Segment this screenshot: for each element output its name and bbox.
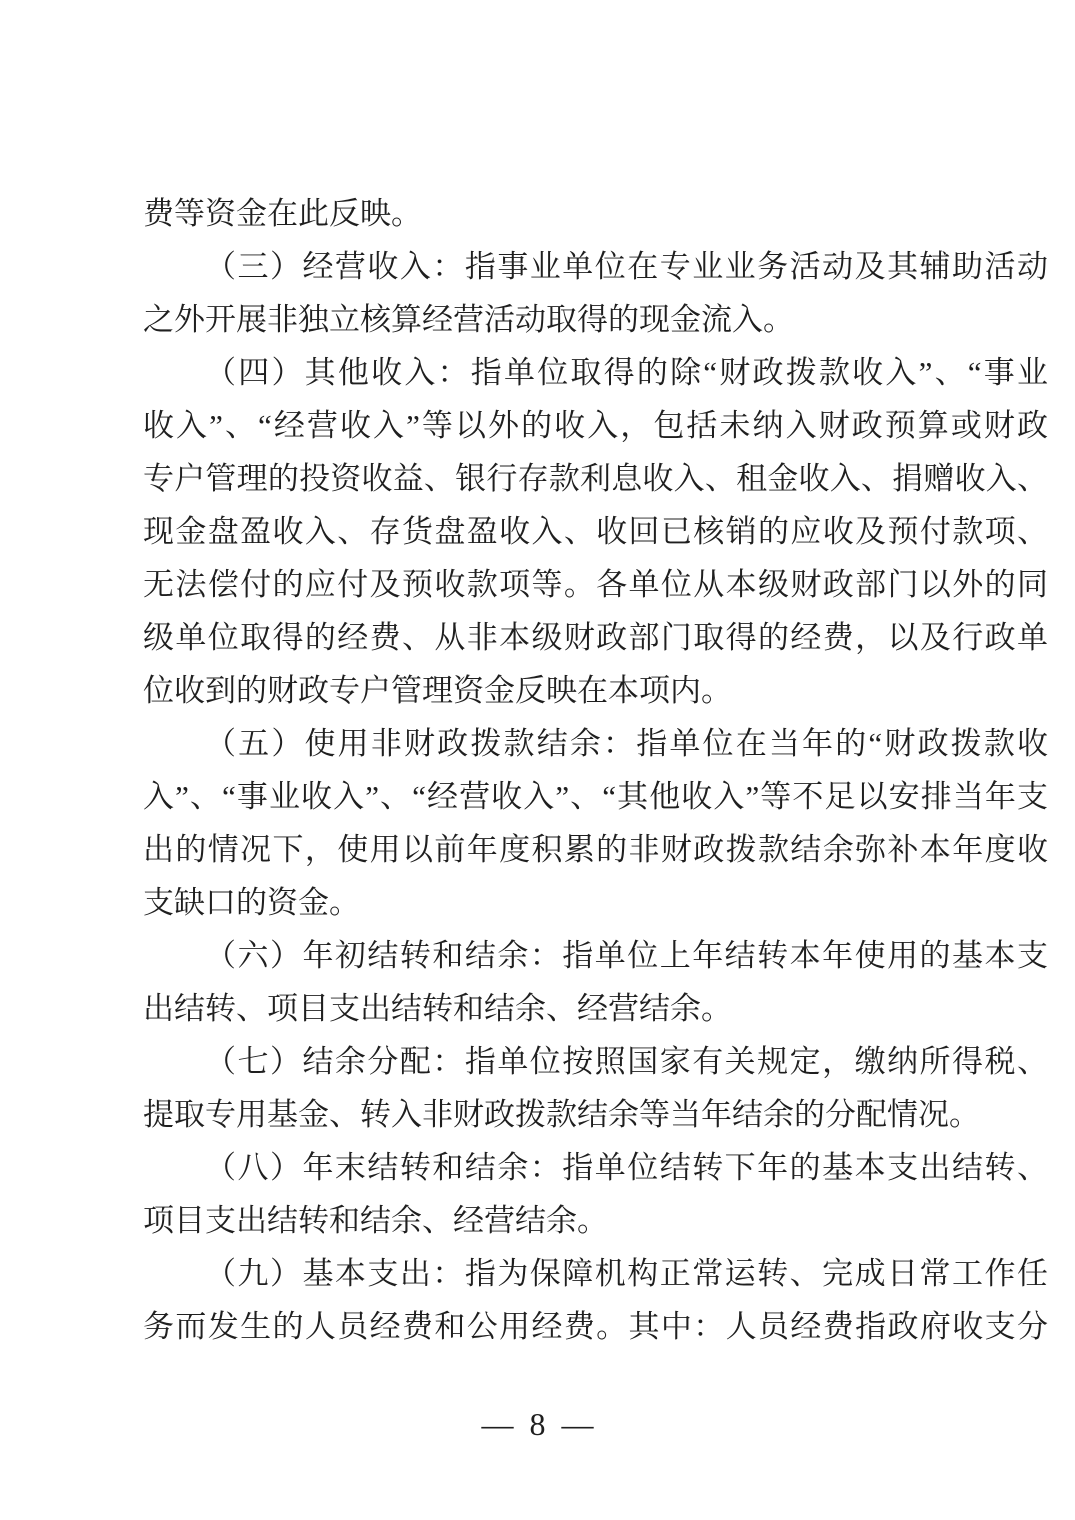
- text-line: 费等资金在此反映。: [143, 187, 1048, 240]
- text-line: 支缺口的资金。: [143, 876, 1048, 929]
- text-line: （七）结余分配：指单位按照国家有关规定，缴纳所得税、: [143, 1035, 1048, 1088]
- page-number: 8: [530, 1406, 546, 1442]
- text-line: （九）基本支出：指为保障机构正常运转、完成日常工作任: [143, 1247, 1048, 1300]
- text-line: 无法偿付的应付及预收款项等。各单位从本级财政部门以外的同: [143, 558, 1048, 611]
- footer-left-dash: —: [482, 1406, 514, 1442]
- text-line: 务而发生的人员经费和公用经费。其中：人员经费指政府收支分: [143, 1300, 1048, 1353]
- text-line: 之外开展非独立核算经营活动取得的现金流入。: [143, 293, 1048, 346]
- page-footer: —8—: [0, 1406, 1075, 1442]
- document-body: 费等资金在此反映。（三）经营收入：指事业单位在专业业务活动及其辅助活动之外开展非…: [143, 187, 1048, 1353]
- text-line: （四）其他收入：指单位取得的除“财政拨款收入”、“事业: [143, 346, 1048, 399]
- text-line: （三）经营收入：指事业单位在专业业务活动及其辅助活动: [143, 240, 1048, 293]
- text-line: 项目支出结转和结余、经营结余。: [143, 1194, 1048, 1247]
- footer-right-dash: —: [562, 1406, 594, 1442]
- text-line: 提取专用基金、转入非财政拨款结余等当年结余的分配情况。: [143, 1088, 1048, 1141]
- text-line: 位收到的财政专户管理资金反映在本项内。: [143, 664, 1048, 717]
- text-line: 级单位取得的经费、从非本级财政部门取得的经费，以及行政单: [143, 611, 1048, 664]
- document-page: 费等资金在此反映。（三）经营收入：指事业单位在专业业务活动及其辅助活动之外开展非…: [0, 0, 1075, 1520]
- text-line: （八）年末结转和结余：指单位结转下年的基本支出结转、: [143, 1141, 1048, 1194]
- text-line: 入”、“事业收入”、“经营收入”、“其他收入”等不足以安排当年支: [143, 770, 1048, 823]
- text-line: （五）使用非财政拨款结余：指单位在当年的“财政拨款收: [143, 717, 1048, 770]
- text-line: 出的情况下，使用以前年度积累的非财政拨款结余弥补本年度收: [143, 823, 1048, 876]
- text-line: 现金盘盈收入、存货盘盈收入、收回已核销的应收及预付款项、: [143, 505, 1048, 558]
- text-line: 出结转、项目支出结转和结余、经营结余。: [143, 982, 1048, 1035]
- text-line: 专户管理的投资收益、银行存款利息收入、租金收入、捐赠收入、: [143, 452, 1048, 505]
- text-line: 收入”、“经营收入”等以外的收入，包括未纳入财政预算或财政: [143, 399, 1048, 452]
- text-line: （六）年初结转和结余：指单位上年结转本年使用的基本支: [143, 929, 1048, 982]
